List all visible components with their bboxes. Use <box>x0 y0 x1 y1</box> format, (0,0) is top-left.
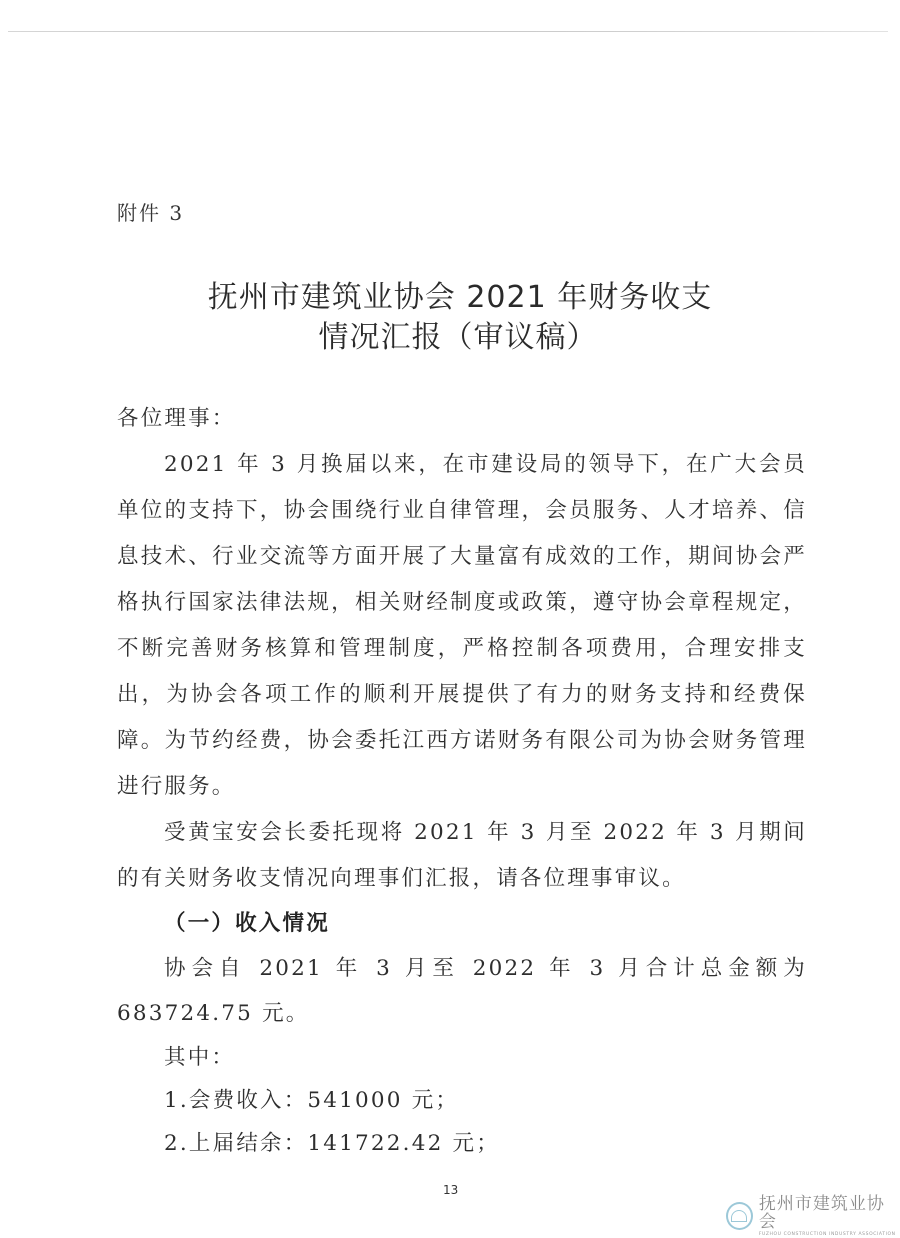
paragraph-intro: 2021 年 3 月换届以来，在市建设局的领导下，在广大会员单位的支持下，协会围… <box>117 442 807 810</box>
income-item-previous-balance: 2.上届结余：141722.42 元； <box>117 1122 807 1165</box>
of-which-label: 其中： <box>117 1036 807 1079</box>
salutation: 各位理事： <box>117 396 807 442</box>
document-body: 各位理事： 2021 年 3 月换届以来，在市建设局的领导下，在广大会员单位的支… <box>117 396 807 1165</box>
logo-english-name: FUZHOU CONSTRUCTION INDUSTRY ASSOCIATION <box>759 1231 896 1238</box>
document-title-line1: 抚州市建筑业协会 2021 年财务收支 <box>0 272 900 316</box>
document-title-line2: 情况汇报（审议稿） <box>0 312 900 356</box>
paragraph-report-scope: 受黄宝安会长委托现将 2021 年 3 月至 2022 年 3 月期间的有关财务… <box>117 810 807 902</box>
income-item-membership-fees: 1.会费收入：541000 元； <box>117 1079 807 1122</box>
attachment-label: 附件 3 <box>117 197 184 226</box>
association-seal-icon <box>726 1202 753 1230</box>
income-total: 协会自 2021 年 3 月至 2022 年 3 月合计总金额为 683724.… <box>117 946 807 1036</box>
section-heading-income: （一）收入情况 <box>117 902 807 946</box>
top-border-line <box>8 31 888 32</box>
association-logo: 抚州市建筑业协会 FUZHOU CONSTRUCTION INDUSTRY AS… <box>726 1200 896 1232</box>
logo-chinese-name: 抚州市建筑业协会 <box>759 1195 896 1231</box>
page-number: 13 <box>443 1183 458 1197</box>
